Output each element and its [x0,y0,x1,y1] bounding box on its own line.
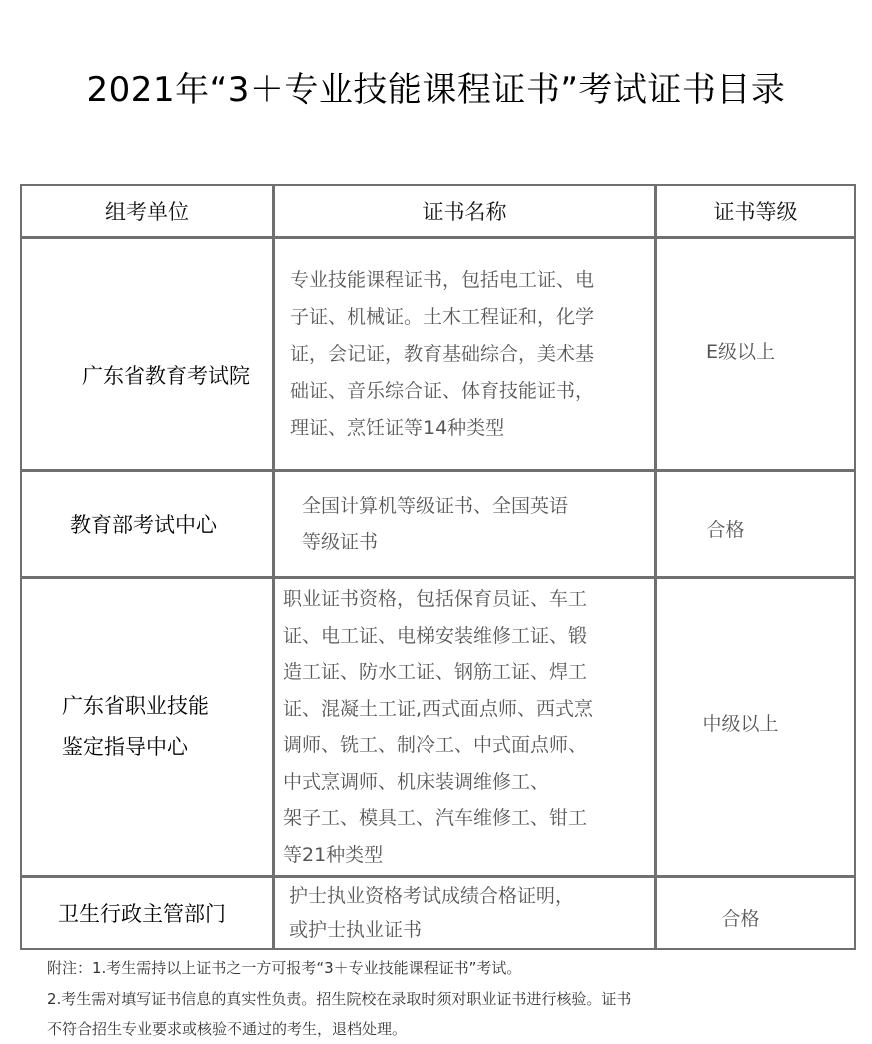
footnote-2: 2.考生需对填写证书信息的真实性负责。招生院校在录取时须对职业证书进行核验。证书 [47,988,631,1009]
certificate-line: 专业技能课程证书，包括电工证、电 [290,262,594,299]
certificate-line: 础证、音乐综合证、体育技能证书， [290,373,594,410]
certificate-line: 造工证、防水工证、钢筋工证、焊工 [283,654,593,691]
table-row: 教育部考试中心 全国计算机等级证书、全国英语 等级证书 合格 [22,469,854,576]
grade-cell: E级以上 [657,239,854,469]
table-header-row: 组考单位 证书名称 证书等级 [22,186,854,236]
certificate-line: 全国计算机等级证书、全国英语 [302,488,568,524]
certificate-line: 架子工、模具工、汽车维修工、钳工 [283,800,593,837]
certificate-cell: 护士执业资格考试成绩合格证明， 或护士执业证书 [272,878,657,948]
table-row: 广东省职业技能 鉴定指导中心 职业证书资格，包括保育员证、车工 证、电工证、电梯… [22,576,854,875]
certificate-line: 或护士执业证书 [289,913,574,947]
organizer-name: 卫生行政主管部门 [58,898,226,928]
certificate-line: 证，会记证，教育基础综合，美术基 [290,336,594,373]
certificate-line: 等级证书 [302,524,568,560]
footnote-1: 附注：1.考生需持以上证书之一方可报考“3＋专业技能课程证书”考试。 [47,957,521,978]
certificate-line: 证、混凝土工证,西式面点师、西式烹 [283,691,593,728]
grade-cell: 中级以上 [657,579,854,875]
certificate-cell: 全国计算机等级证书、全国英语 等级证书 [272,472,657,576]
grade-value: 合格 [721,904,759,931]
certificate-line: 子证、机械证。土木工程证和，化学 [290,299,594,336]
organizer-name: 教育部考试中心 [70,509,217,539]
header-certificate-name: 证书名称 [272,186,657,236]
certificate-cell: 专业技能课程证书，包括电工证、电 子证、机械证。土木工程证和，化学 证，会记证，… [272,239,657,469]
grade-value: E级以上 [706,337,775,364]
certificate-cell: 职业证书资格，包括保育员证、车工 证、电工证、电梯安装维修工证、锻 造工证、防水… [272,579,657,875]
grade-cell: 合格 [657,878,854,948]
certificate-line: 理证、烹饪证等14种类型 [290,410,594,447]
certificate-line: 调师、铣工、制冷工、中式面点师、 [283,727,593,764]
organizer-cell: 广东省教育考试院 [22,239,272,469]
certificate-line: 中式烹调师、机床装调维修工、 [283,764,593,801]
organizer-cell: 教育部考试中心 [22,472,272,576]
certificate-line: 等21种类型 [283,837,593,874]
organizer-cell: 卫生行政主管部门 [22,878,272,948]
organizer-name-line: 鉴定指导中心 [62,727,209,768]
grade-value: 合格 [706,515,744,542]
certificate-line: 职业证书资格，包括保育员证、车工 [283,581,593,618]
certificate-line: 护士执业资格考试成绩合格证明， [289,879,574,913]
grade-cell: 合格 [657,472,854,576]
grade-value: 中级以上 [702,709,778,736]
organizer-cell: 广东省职业技能 鉴定指导中心 [22,579,272,875]
header-certificate-grade: 证书等级 [657,186,854,236]
certificate-table: 组考单位 证书名称 证书等级 广东省教育考试院 专业技能课程证书，包括电工证、电… [20,184,856,950]
table-row: 广东省教育考试院 专业技能课程证书，包括电工证、电 子证、机械证。土木工程证和，… [22,236,854,469]
page-title: 2021年“3＋专业技能课程证书”考试证书目录 [0,62,872,111]
certificate-line: 证、电工证、电梯安装维修工证、锻 [283,618,593,655]
organizer-name: 广东省教育考试院 [82,360,250,390]
header-organizer: 组考单位 [22,186,272,236]
footnote-3: 不符合招生专业要求或核验不通过的考生，退档处理。 [47,1018,407,1039]
table-row: 卫生行政主管部门 护士执业资格考试成绩合格证明， 或护士执业证书 合格 [22,875,854,948]
organizer-name-line: 广东省职业技能 [62,686,209,727]
